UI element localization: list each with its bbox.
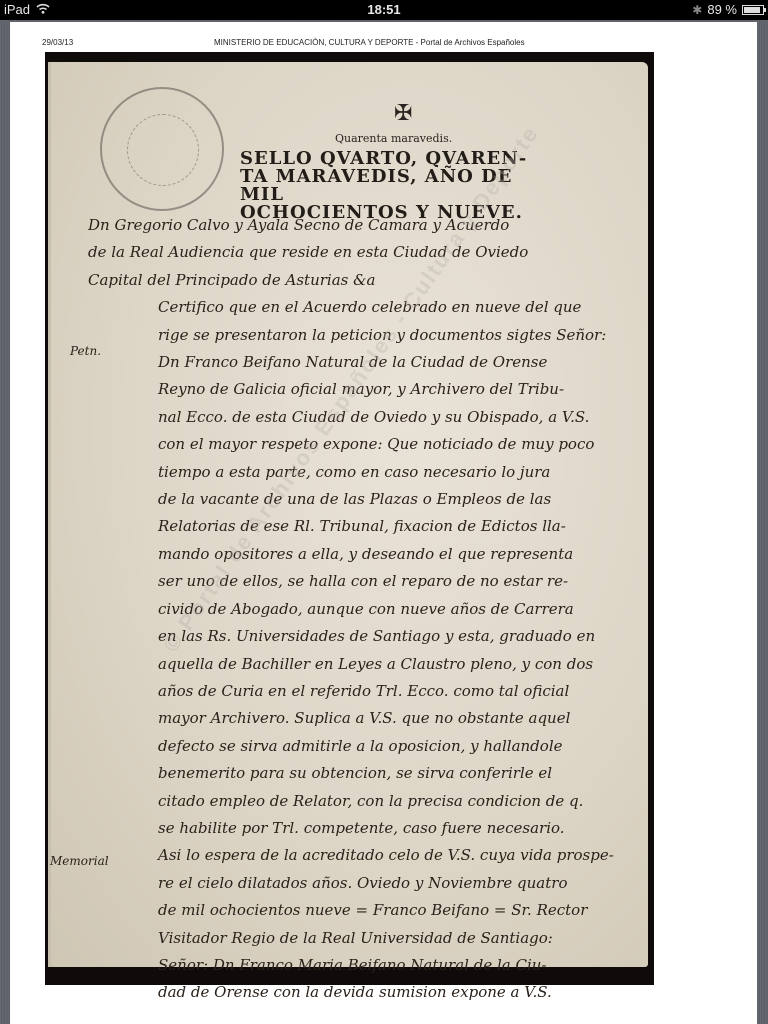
- text-line: mayor Archivero. Suplica a V.S. que no o…: [88, 705, 643, 732]
- bluetooth-icon: ✱: [692, 3, 702, 17]
- print-title: MINISTERIO DE EDUCACIÓN, CULTURA Y DEPOR…: [214, 38, 525, 47]
- text-line: Capital del Principado de Asturias &a: [88, 267, 643, 294]
- text-line: se habilite por Trl. competente, caso fu…: [88, 815, 643, 842]
- manuscript-paper: ✠ Quarenta maravedis. SELLO QVARTO, QVAR…: [48, 62, 648, 967]
- text-line: defecto se sirva admitirle a la oposicio…: [88, 733, 643, 760]
- text-line: años de Curia en el referido Trl. Ecco. …: [88, 678, 643, 705]
- text-line: Asi lo espera de la acreditado celo de V…: [88, 842, 643, 869]
- text-line: Certifico que en el Acuerdo celebrado en…: [88, 294, 643, 321]
- text-line: Señor: Dn Franco Maria Beifano Natural d…: [88, 952, 643, 979]
- document-image: ✠ Quarenta maravedis. SELLO QVARTO, QVAR…: [45, 52, 654, 985]
- handwritten-text: Dn Gregorio Calvo y Ayala Secno de Camar…: [88, 212, 643, 1007]
- text-line: re el cielo dilatados años. Oviedo y Nov…: [88, 870, 643, 897]
- text-line: de mil ochocientos nueve = Franco Beifan…: [88, 897, 643, 924]
- text-line: ser uno de ellos, se halla con el reparo…: [88, 568, 643, 595]
- battery-percent: 89 %: [707, 2, 737, 17]
- text-line: nal Ecco. de esta Ciudad de Oviedo y su …: [88, 404, 643, 431]
- text-line: de la vacante de una de las Plazas o Emp…: [88, 486, 643, 513]
- text-line: benemerito para su obtencion, se sirva c…: [88, 760, 643, 787]
- text-line: Visitador Regio de la Real Universidad d…: [88, 925, 643, 952]
- cross-icon: ✠: [394, 100, 412, 126]
- text-line: Relatorias de ese Rl. Tribunal, fixacion…: [88, 513, 643, 540]
- text-line: de la Real Audiencia que reside en esta …: [88, 239, 643, 266]
- printed-page[interactable]: 29/03/13 MINISTERIO DE EDUCACIÓN, CULTUR…: [10, 22, 757, 1024]
- text-line: mando opositores a ella, y deseando el q…: [88, 541, 643, 568]
- text-line: dad de Orense con la devida sumision exp…: [88, 979, 643, 1006]
- text-line: Dn Gregorio Calvo y Ayala Secno de Camar…: [88, 212, 643, 239]
- text-line: tiempo a esta parte, como en caso necesa…: [88, 459, 643, 486]
- seal-stamp-icon: [100, 87, 224, 211]
- battery-icon: [742, 5, 764, 15]
- text-line: civido de Abogado, aunque con nueve años…: [88, 596, 643, 623]
- print-date: 29/03/13: [42, 38, 73, 47]
- stamp-value-text: Quarenta maravedis.: [335, 132, 452, 145]
- status-bar: iPad 18:51 ✱ 89 %: [0, 0, 768, 20]
- clock: 18:51: [0, 2, 768, 17]
- text-line: aquella de Bachiller en Leyes a Claustro…: [88, 651, 643, 678]
- text-line: con el mayor respeto expone: Que noticia…: [88, 431, 643, 458]
- paper-fold: [48, 62, 51, 967]
- text-line: citado empleo de Relator, con la precisa…: [88, 788, 643, 815]
